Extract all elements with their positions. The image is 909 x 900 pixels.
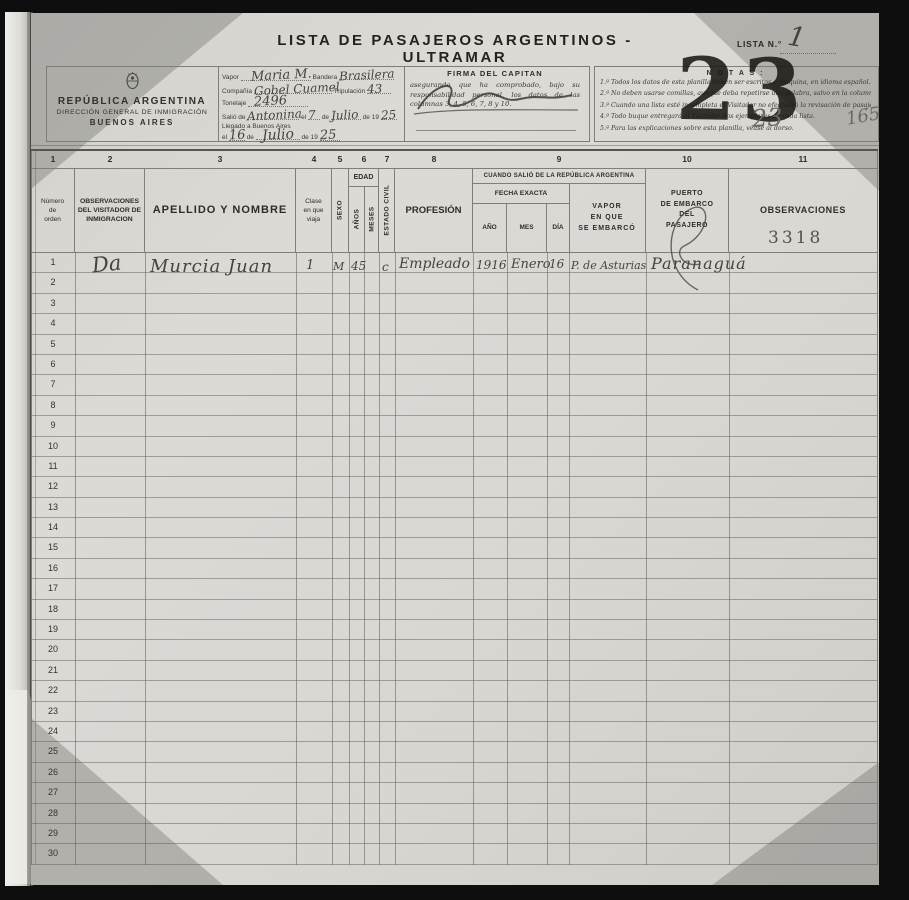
table-row: 10 xyxy=(31,437,878,457)
row-number: 13 xyxy=(31,502,75,512)
table-row: 11 xyxy=(31,457,878,477)
agency-dept: DIRECCIÓN GENERAL DE INMIGRACIÓN xyxy=(47,109,217,116)
row-number: 21 xyxy=(31,665,75,675)
captain-signature-box: FIRMA DEL CAPITAN asegurando que ha comp… xyxy=(406,69,584,139)
table-row: 14 xyxy=(31,518,878,538)
header-profesion: PROFESIÓN xyxy=(395,168,473,252)
header-ano: AÑO xyxy=(473,203,507,252)
de-label: de xyxy=(322,114,329,121)
entry-vapor-embarco: P. de Asturias xyxy=(571,259,646,272)
table-row: 22 xyxy=(31,681,878,701)
col-number: 3 xyxy=(218,154,223,164)
table-left-inner-line xyxy=(35,151,36,865)
table-row: 23 xyxy=(31,702,878,722)
compania-label: Compañía xyxy=(222,88,252,95)
row-number: 4 xyxy=(31,318,75,328)
row-number: 5 xyxy=(31,339,75,349)
col-number: 1 xyxy=(51,154,56,164)
table-row: 28 xyxy=(31,804,878,824)
cuando-salio-title: CUANDO SALIÓ DE LA REPÚBLICA ARGENTINA xyxy=(473,168,645,184)
row-number: 26 xyxy=(31,767,75,777)
row-number: 10 xyxy=(31,441,75,451)
header-clase: Clase en que viaja xyxy=(296,168,332,252)
entry-estado-civil: c xyxy=(382,260,389,274)
llegado-el-label: el xyxy=(222,134,227,141)
table-row: 19 xyxy=(31,620,878,640)
box-divider xyxy=(404,67,405,141)
tonelaje-value: 2496 xyxy=(254,97,287,107)
table-row: 3 xyxy=(31,294,878,314)
pencil-number-23: 23 xyxy=(751,103,783,133)
page-title: LISTA DE PASAJEROS ARGENTINOS - ULTRAMAR xyxy=(245,32,665,66)
row-number: 19 xyxy=(31,624,75,634)
row-number: 7 xyxy=(31,379,75,389)
ship-details-box: Vapor Maria M. Bandera Brasilera Compañí… xyxy=(222,69,402,139)
table-row: 8 xyxy=(31,396,878,416)
col-number: 5 xyxy=(338,154,343,164)
table-row: 27 xyxy=(31,783,878,803)
entry-anio-salida: 1916 xyxy=(476,258,507,272)
row-number: 15 xyxy=(31,542,75,552)
captain-signature xyxy=(408,77,583,128)
row-number: 17 xyxy=(31,583,75,593)
llegado-dia-value: 16 xyxy=(229,132,246,141)
row-number: 12 xyxy=(31,481,75,491)
salio-de-label: Salió de xyxy=(222,114,246,121)
llegado-anio-value: 25 xyxy=(319,132,336,141)
table-row: 26 xyxy=(31,763,878,783)
row-number: 25 xyxy=(31,746,75,756)
de19-label: de 19 xyxy=(363,114,379,121)
bandera-value: Brasilera xyxy=(339,70,395,81)
col-number: 10 xyxy=(682,154,691,164)
row-number: 16 xyxy=(31,563,75,573)
row-number: 9 xyxy=(31,420,75,430)
table-row: 25 xyxy=(31,742,878,762)
salio-mes-value: Julio xyxy=(331,110,359,119)
header-apellido-y-nombre: APELLIDO Y NOMBRE xyxy=(145,168,296,252)
issuing-agency-box: REPÚBLICA ARGENTINA DIRECCIÓN GENERAL DE… xyxy=(47,67,217,139)
entry-visitador-obs: Da xyxy=(91,251,123,278)
llegado-de-label: de xyxy=(247,134,254,141)
argentina-coat-of-arms-icon xyxy=(47,71,217,95)
entry-sexo: M xyxy=(333,260,344,273)
tonelaje-label: Tonelaje xyxy=(222,100,246,107)
col-number: 11 xyxy=(799,154,808,164)
header-dia: DÍA xyxy=(547,203,569,252)
table-row: 9 xyxy=(31,416,878,436)
entry-anios: 45 xyxy=(351,259,366,273)
table-right-border xyxy=(877,151,878,865)
table-row: 12 xyxy=(31,477,878,497)
stamp-3318: 3318 xyxy=(768,228,823,248)
table-body-rows: 1234567891011121314151617181920212223242… xyxy=(31,253,878,865)
agency-name: REPÚBLICA ARGENTINA xyxy=(47,96,217,107)
row-number: 20 xyxy=(31,644,75,654)
row-number: 6 xyxy=(31,359,75,369)
table-row: 21 xyxy=(31,661,878,681)
table-row: 30 xyxy=(31,844,878,864)
header-mes: MES xyxy=(507,203,547,252)
edad-title: EDAD xyxy=(349,168,378,187)
table-row: 29 xyxy=(31,824,878,844)
header-vapor-embarco: VAPOR EN QUE SE EMBARCÓ xyxy=(569,183,645,252)
row-number: 3 xyxy=(31,298,75,308)
col-number: 8 xyxy=(432,154,437,164)
row-number: 1 xyxy=(31,257,75,267)
table-left-border xyxy=(31,151,32,865)
col-number: 2 xyxy=(108,154,113,164)
table-row: 16 xyxy=(31,559,878,579)
tripulacion-value: 43 xyxy=(367,85,383,94)
table-row: 7 xyxy=(31,375,878,395)
col-number: 9 xyxy=(557,154,562,164)
row-number: 2 xyxy=(31,277,75,287)
header-edad: EDAD AÑOS MESES xyxy=(349,168,379,252)
entry-dia-salida: 16 xyxy=(549,257,564,271)
agency-city: BUENOS AIRES xyxy=(47,118,217,127)
entry-nombre: Murcia Juan xyxy=(150,256,273,277)
llegado-de19-label: de 19 xyxy=(302,134,318,141)
row-number: 23 xyxy=(31,706,75,716)
vapor-value: Maria M. xyxy=(251,70,312,81)
table-row: 17 xyxy=(31,579,878,599)
llegado-mes-value: Julio xyxy=(262,130,294,140)
header-sexo: SEXO xyxy=(332,168,349,252)
row-number: 27 xyxy=(31,787,75,797)
row-number: 22 xyxy=(31,685,75,695)
table-row: 5 xyxy=(31,335,878,355)
salio-lugar-value: Antonina xyxy=(247,110,302,121)
row-number: 28 xyxy=(31,808,75,818)
signature-rule xyxy=(416,130,576,131)
header-numero-de-orden: Número de orden xyxy=(31,168,75,252)
header-anos: AÑOS xyxy=(349,186,365,252)
entry-clase: 1 xyxy=(306,258,314,273)
header-estado-civil: ESTADO CIVIL xyxy=(379,168,395,252)
row-number: 11 xyxy=(31,461,75,471)
vapor-label: Vapor xyxy=(222,74,239,81)
entry-profesion: Empleado xyxy=(399,256,470,272)
header-observaciones-visitador: OBSERVACIONES DEL VISITADOR DE INMIGRACI… xyxy=(75,168,145,252)
col-number: 4 xyxy=(312,154,317,164)
table-row: 6 xyxy=(31,355,878,375)
row-number: 18 xyxy=(31,604,75,614)
row-number: 24 xyxy=(31,726,75,736)
entry-puerto-embarco: Paranaguá xyxy=(651,254,747,273)
row-number: 8 xyxy=(31,400,75,410)
band-under-rule xyxy=(31,145,879,146)
header-cuando-salio: CUANDO SALIÓ DE LA REPÚBLICA ARGENTINA F… xyxy=(473,168,646,252)
stamp-number-23: 23 xyxy=(675,47,808,135)
table-row: 18 xyxy=(31,600,878,620)
row-number: 29 xyxy=(31,828,75,838)
box-divider xyxy=(218,67,219,141)
column-number-strip: 1 2 3 4 5 6 7 8 9 10 11 xyxy=(31,151,878,169)
col-number: 6 xyxy=(362,154,367,164)
table-row: 4 xyxy=(31,314,878,334)
scanned-passenger-list-page: { "masthead": { "title": "LISTA DE PASAJ… xyxy=(0,0,909,900)
fecha-exacta-label: FECHA EXACTA xyxy=(473,183,569,204)
row-number: 14 xyxy=(31,522,75,532)
table-row: 20 xyxy=(31,640,878,660)
salio-anio-value: 25 xyxy=(381,111,397,120)
table-row: 15 xyxy=(31,538,878,558)
table-row: 13 xyxy=(31,498,878,518)
salio-dia-value: 7 xyxy=(308,111,316,119)
entry-mes-salida: Enero xyxy=(511,257,551,272)
col-number: 7 xyxy=(385,154,390,164)
row-number: 30 xyxy=(31,848,75,858)
table-row: 24 xyxy=(31,722,878,742)
header-meses: MESES xyxy=(365,186,379,252)
